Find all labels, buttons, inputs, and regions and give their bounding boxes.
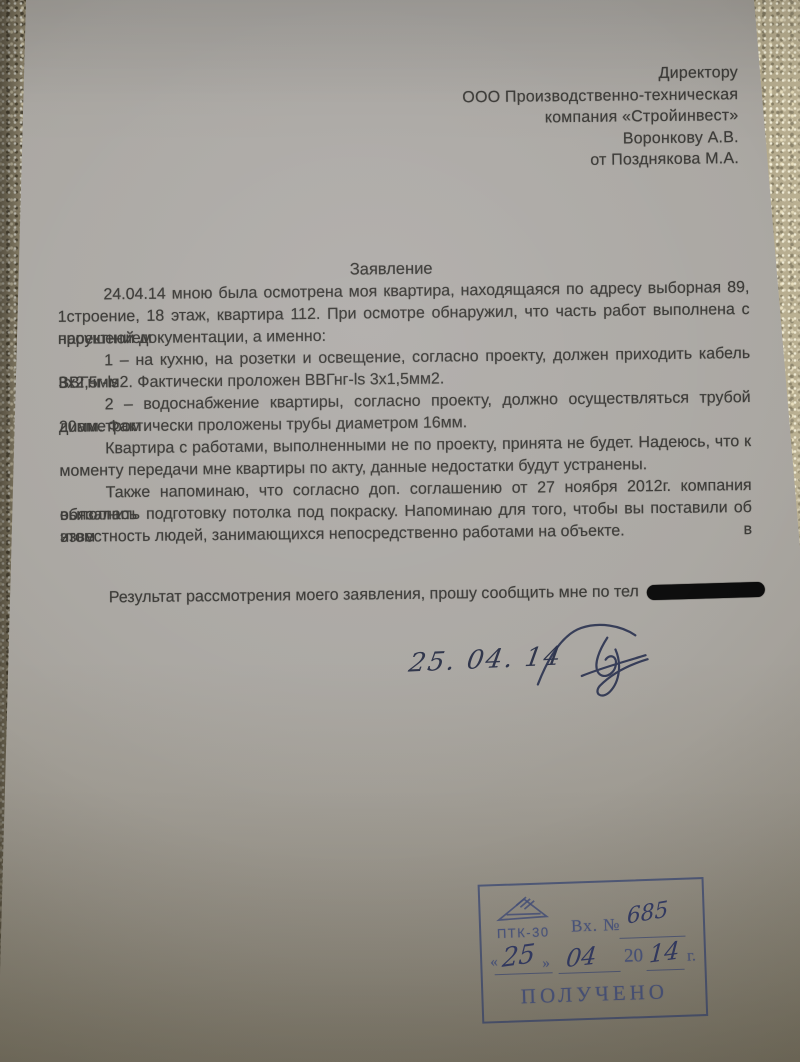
photo-of-document: Директору ООО Производственно-техническа… bbox=[0, 0, 800, 1062]
signature bbox=[529, 619, 656, 702]
recipient-line: от Позднякова М.А. bbox=[463, 148, 739, 173]
stamp-year-prefix: 20 bbox=[624, 945, 644, 968]
stamp-year-unit: г. bbox=[687, 947, 696, 965]
recipient-block: Директору ООО Производственно-техническа… bbox=[462, 62, 739, 173]
letter-body: 24.04.14 мною была осмотрена моя квартир… bbox=[57, 277, 752, 549]
redacted-phone-bar bbox=[647, 582, 765, 600]
stamp-month-underline bbox=[556, 882, 621, 974]
request-line: Результат рассмотрения моего заявления, … bbox=[61, 582, 781, 608]
recipient-line: компания «Стройинвест» bbox=[463, 105, 739, 130]
recipient-line: Воронкову А.В. bbox=[463, 127, 739, 152]
stamp-day-underline bbox=[492, 884, 553, 975]
stamp-received-label: ПОЛУЧЕНО bbox=[483, 978, 706, 1011]
recipient-line: Директору bbox=[462, 62, 738, 87]
recipient-line: ООО Производственно-техническая bbox=[462, 84, 738, 109]
request-text: Результат рассмотрения моего заявления, … bbox=[109, 583, 639, 606]
letter-content: Директору ООО Производственно-техническа… bbox=[0, 0, 800, 1062]
stamp-year-underline bbox=[644, 880, 685, 971]
received-stamp: ПТК-30 Вх. № 685 « 25 » 04 20 14 г. ПОЛУ… bbox=[478, 877, 709, 1024]
